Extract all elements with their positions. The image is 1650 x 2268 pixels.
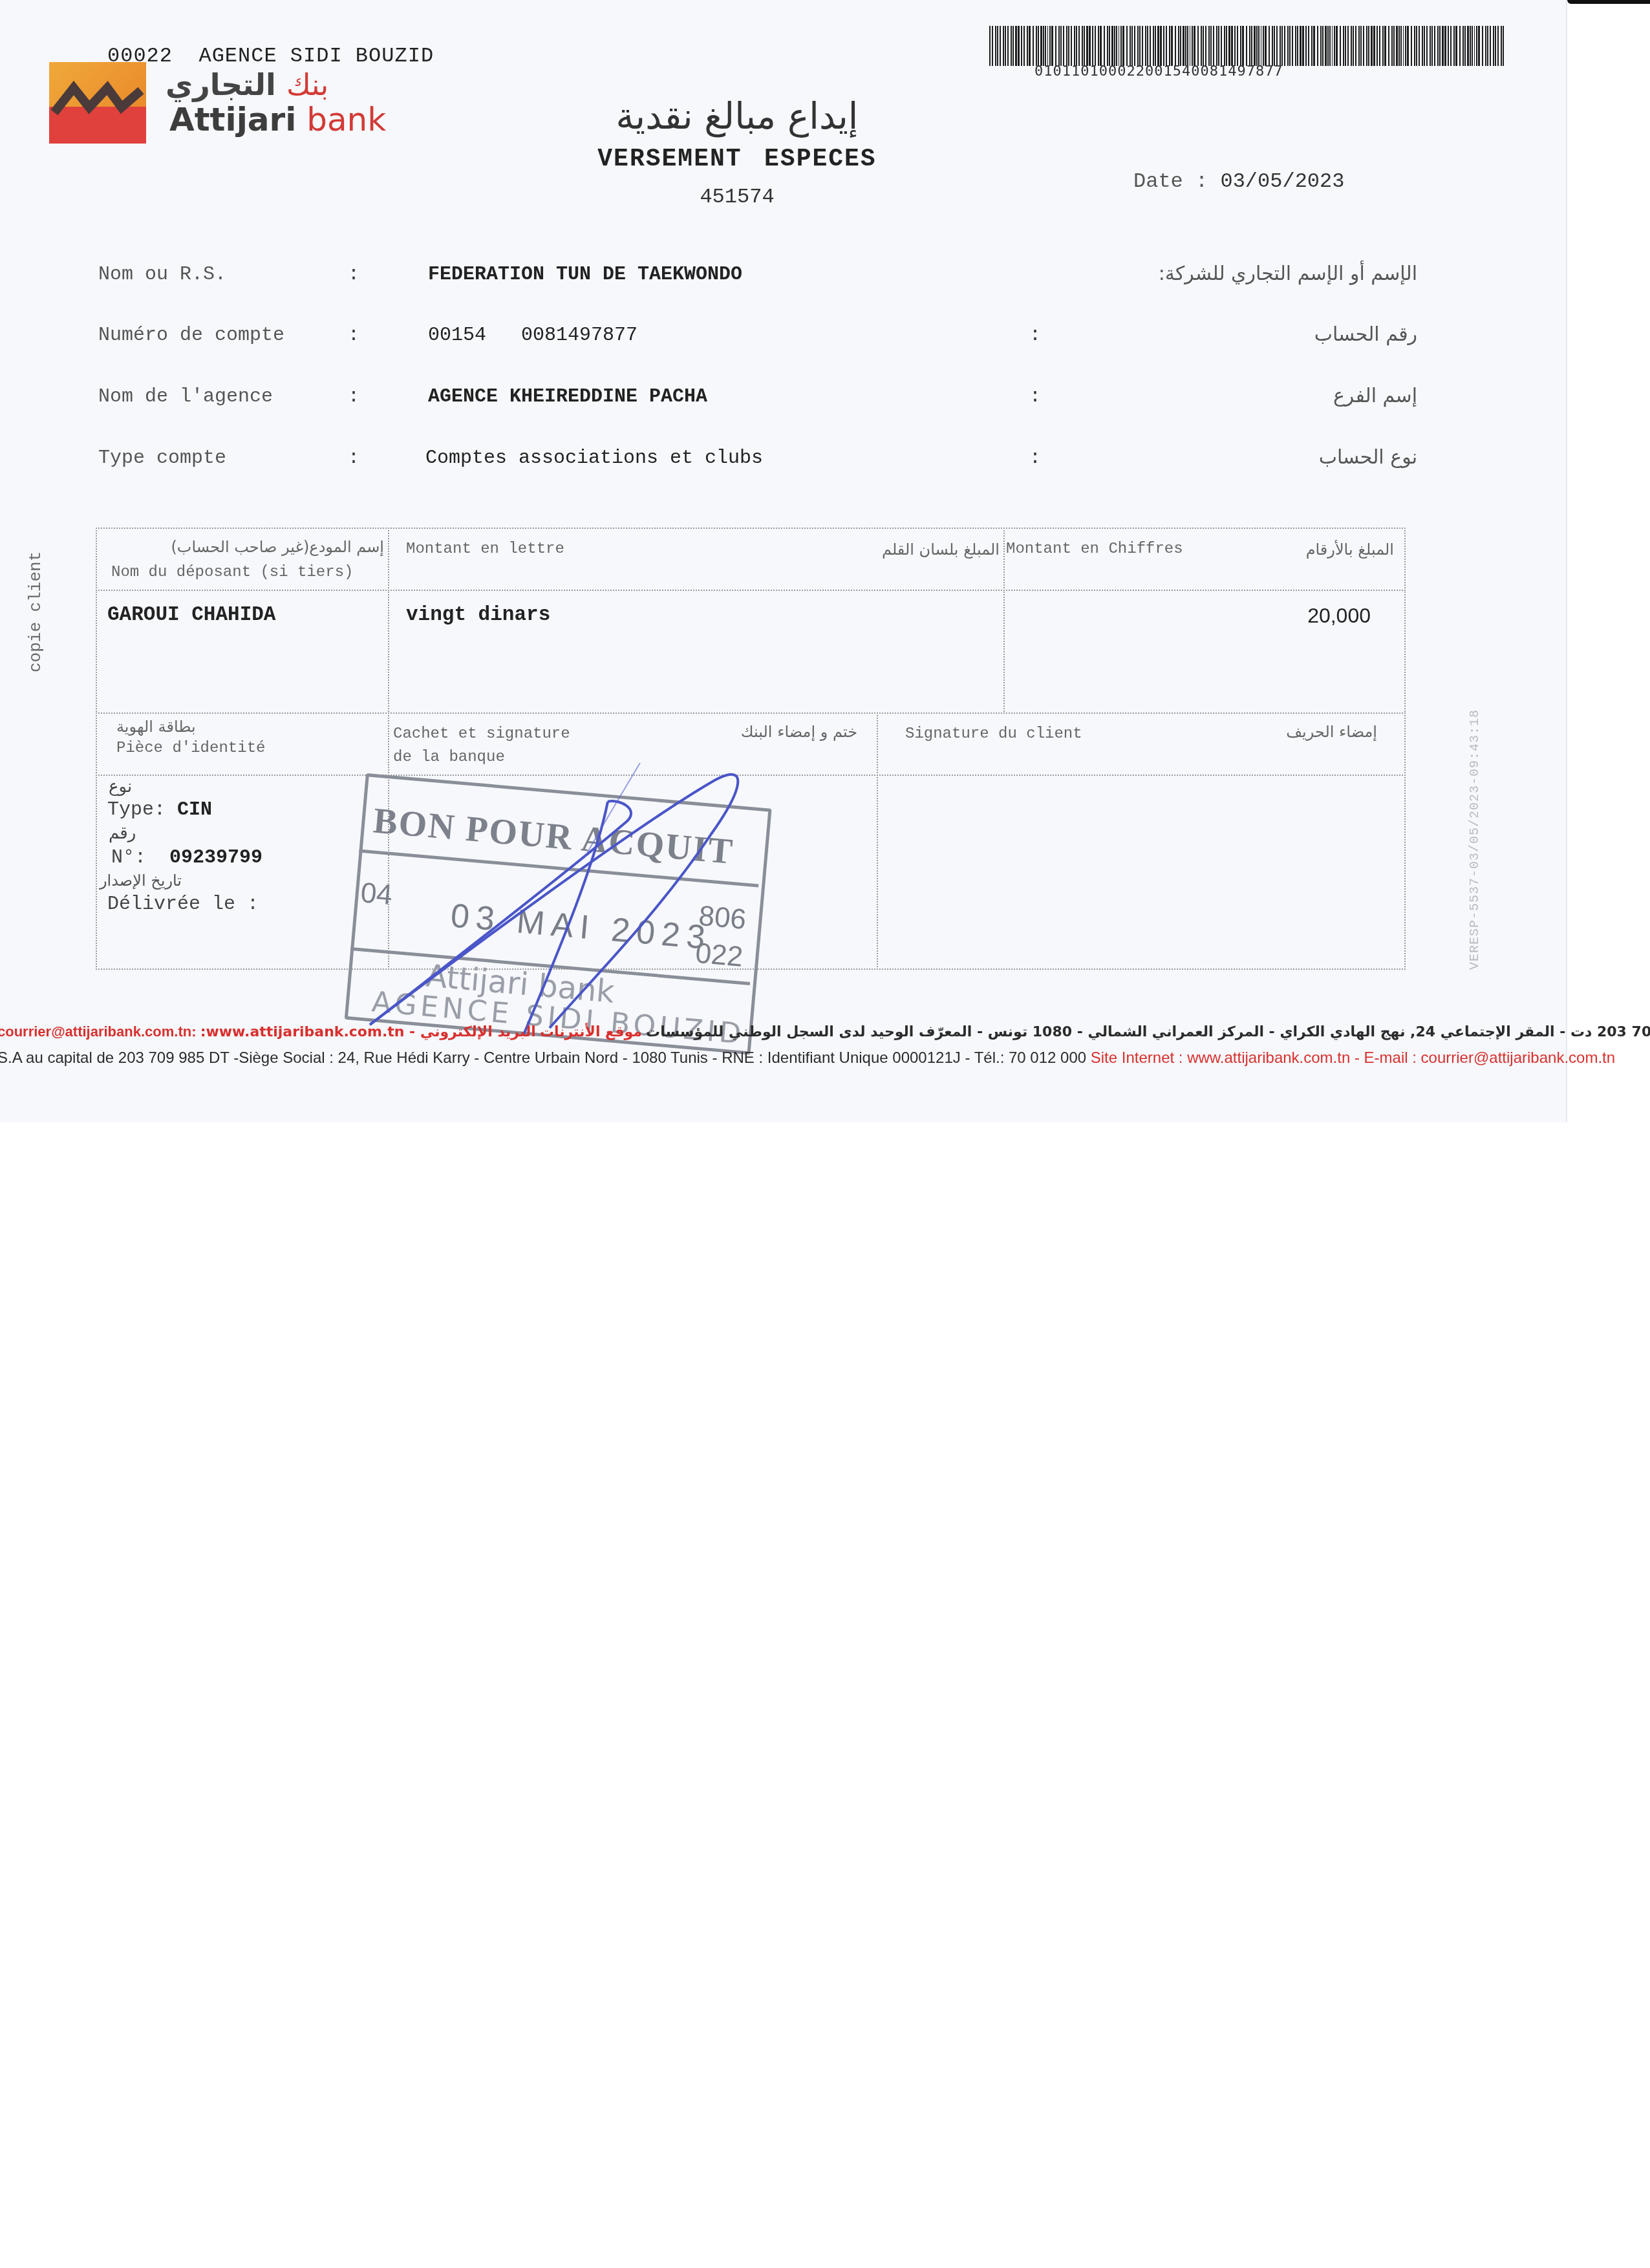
footer-french-line: S.A au capital de 203 709 985 DT -Siège … bbox=[0, 1049, 1539, 1067]
barcode-number: 010110100022001540081497877 bbox=[1034, 63, 1500, 80]
id-header: بطاقة الهوية Pièce d'identité bbox=[96, 712, 389, 776]
copy-label: copie client bbox=[26, 551, 45, 672]
field-account-number: Numéro de compte : 00154 0081497877 : رق… bbox=[98, 325, 1417, 357]
title-arabic: إيداع مبالغ نقدية bbox=[504, 96, 970, 138]
account-type-value: Comptes associations et clubs bbox=[425, 447, 763, 469]
attijari-logo-icon bbox=[49, 62, 146, 144]
field-account-type: Type compte : Comptes associations et cl… bbox=[98, 447, 1417, 480]
amount-words-cell: vingt dinars bbox=[388, 590, 1005, 714]
issuing-agency: 00022 AGENCE SIDI BOUZID bbox=[107, 44, 434, 68]
issued-date-label: Délivrée le : bbox=[107, 893, 259, 915]
logo-arabic: بنك التجاري bbox=[166, 67, 328, 102]
date-field: Date : 03/05/2023 bbox=[1133, 169, 1344, 193]
footer-arabic-line: courrier@attijaribank.com.tn: البريد الإ… bbox=[0, 1023, 1539, 1040]
barcode bbox=[989, 26, 1504, 66]
account-holder-value: FEDERATION TUN DE TAEKWONDO bbox=[428, 264, 742, 286]
scan-edge bbox=[1567, 0, 1650, 4]
depositor-name: GAROUI CHAHIDA bbox=[107, 604, 275, 626]
depositor-header: إسم المودع(غير صاحب الحساب) Nom du dépos… bbox=[96, 528, 389, 591]
client-signature-header: Signature du client إمضاء الحريف bbox=[877, 712, 1406, 776]
account-number-value: 00154 0081497877 bbox=[428, 325, 637, 347]
date-value: 03/05/2023 bbox=[1220, 169, 1344, 193]
branch-name-value: AGENCE KHEIREDDINE PACHA bbox=[428, 386, 707, 408]
amount-digits-cell: 20,000 bbox=[1003, 590, 1406, 714]
client-signature-field[interactable] bbox=[877, 775, 1406, 970]
field-branch-name: Nom de l'agence : AGENCE KHEIREDDINE PAC… bbox=[98, 386, 1417, 418]
bank-stamp: BON POUR ACQUIT 04 03 MAI 2023 806 022 A… bbox=[344, 773, 778, 1060]
amount-digits-header: Montant en Chiffres المبلغ بالأرقام bbox=[1003, 528, 1406, 591]
agency-name: AGENCE SIDI BOUZID bbox=[198, 44, 434, 68]
transaction-reference: VERESP-5537-03/05/2023-09:43:18 bbox=[1468, 709, 1483, 970]
amount-words: vingt dinars bbox=[406, 604, 550, 626]
id-type-value: CIN bbox=[177, 799, 212, 821]
depositor-cell: GAROUI CHAHIDA bbox=[96, 590, 389, 714]
id-number-value: 09239799 bbox=[169, 847, 262, 869]
receipt-number: 451574 bbox=[647, 185, 828, 209]
id-details-cell: نوع Type: CIN رقم N°: 09239799 تاريخ الإ… bbox=[96, 775, 389, 970]
field-account-holder: Nom ou R.S. : FEDERATION TUN DE TAEKWOND… bbox=[98, 264, 1417, 296]
amount-words-header: Montant en lettre المبلغ بلسان القلم bbox=[388, 528, 1005, 591]
amount-digits: 20,000 bbox=[1307, 604, 1371, 628]
title-french: VERSEMENT ESPECES bbox=[530, 144, 944, 173]
bank-signature-header: Cachet et signature de la banque ختم و إ… bbox=[388, 712, 878, 776]
logo-latin: Attijari bank bbox=[169, 101, 386, 138]
date-label: Date : bbox=[1133, 169, 1208, 193]
